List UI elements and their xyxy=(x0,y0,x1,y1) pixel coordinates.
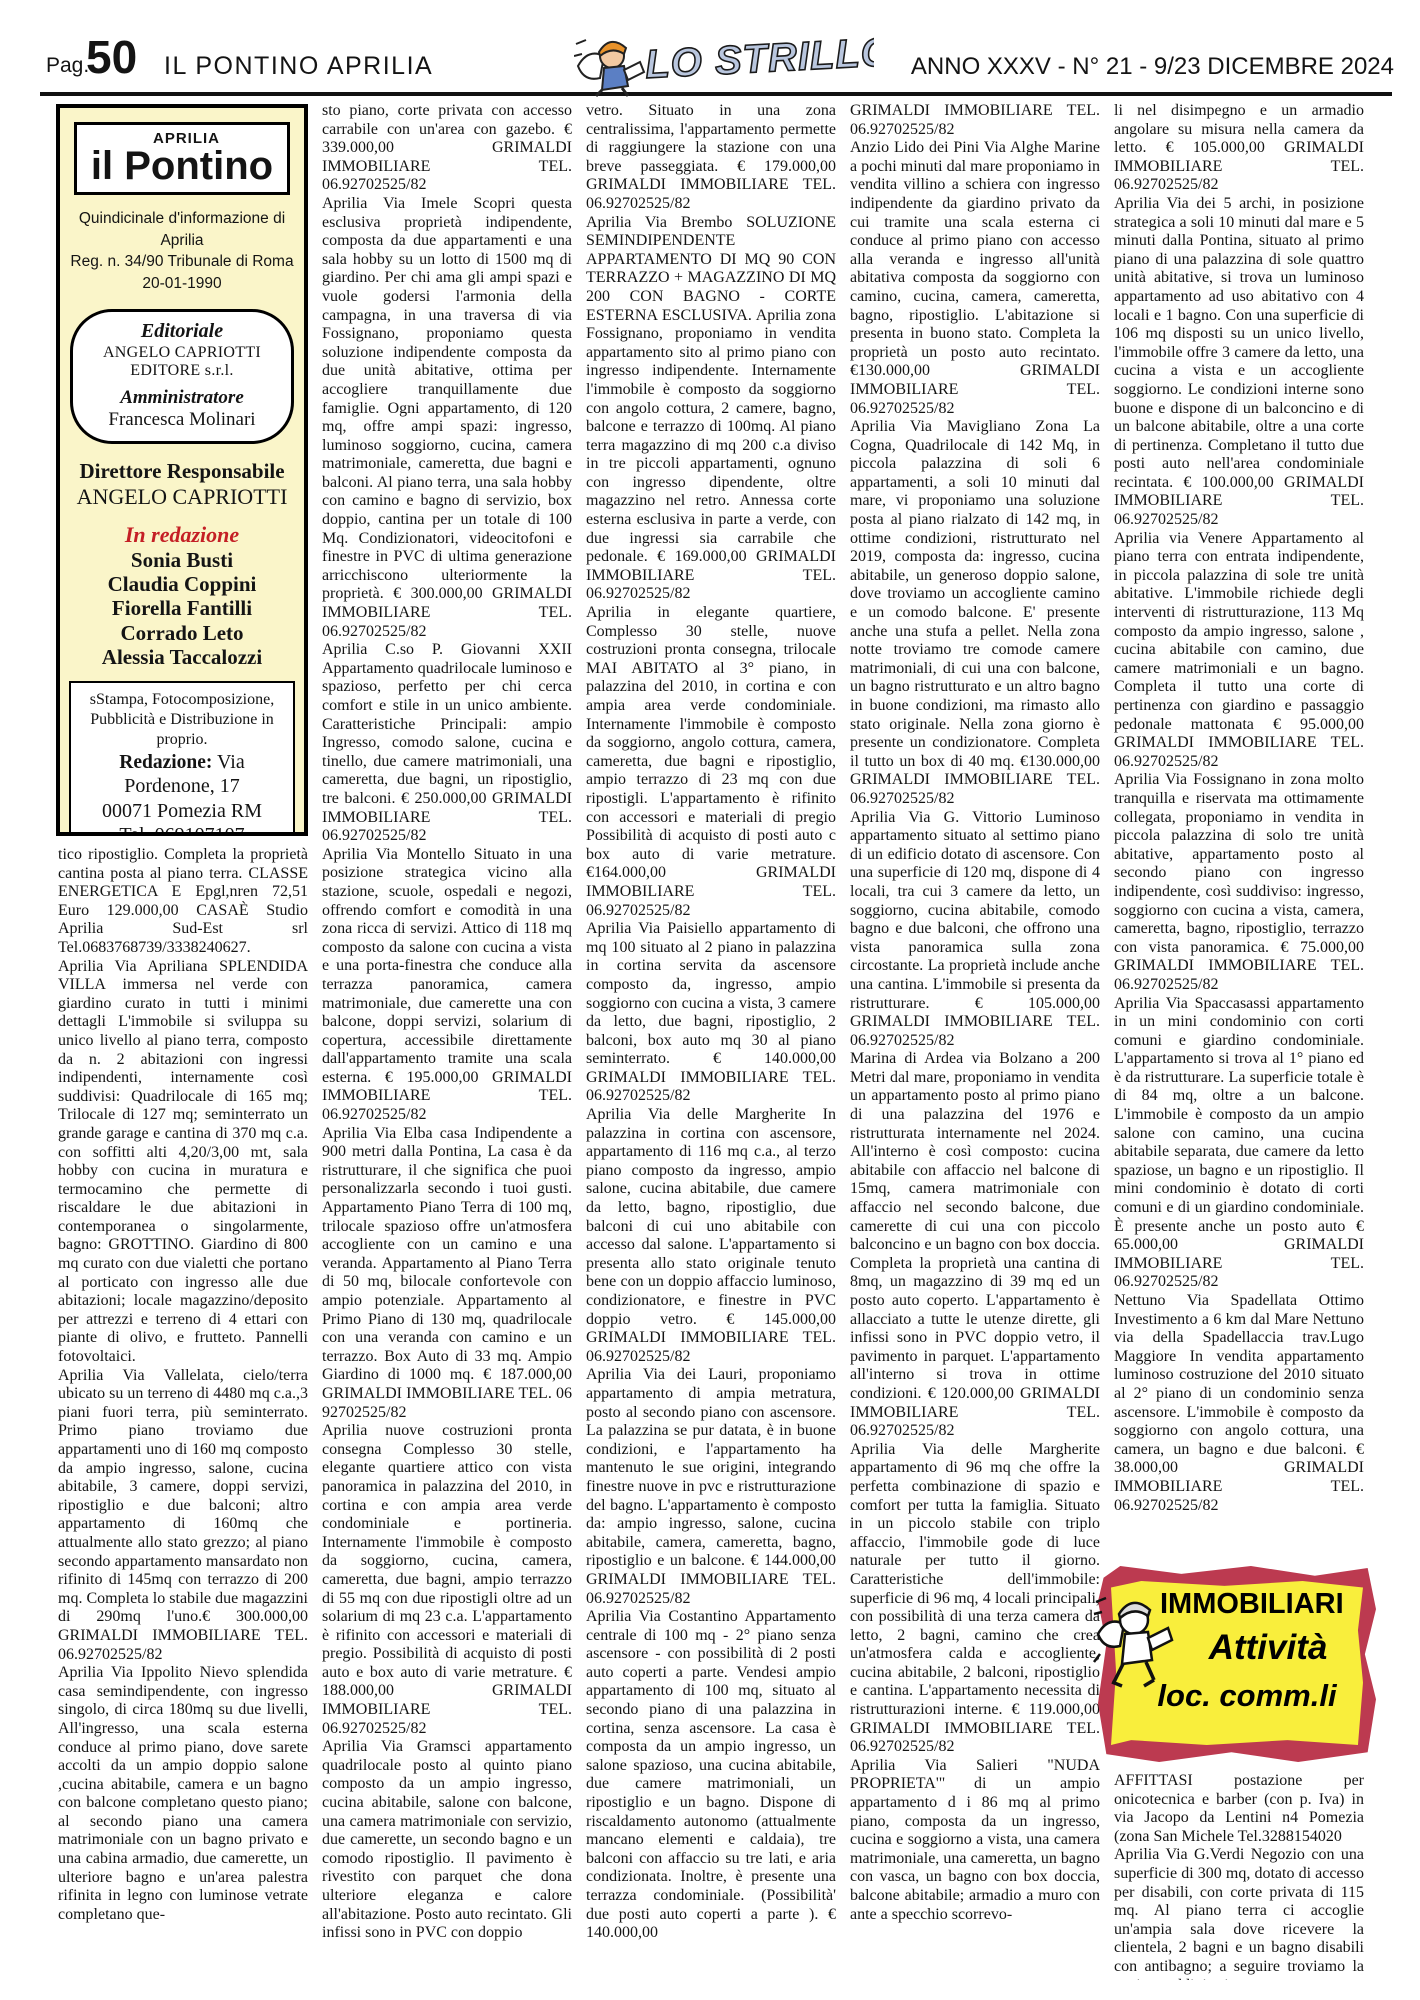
classified-ad: Aprilia C.so P. Giovanni XXII Appartamen… xyxy=(322,641,572,846)
classified-ad: GRIMALDI IMMOBILIARE TEL. 06.92702525/82 xyxy=(850,102,1100,139)
newsboy-icon xyxy=(574,40,644,96)
classified-ad: Aprilia Via Paisiello appartamento di mq… xyxy=(586,920,836,1106)
text-line: Corrado Leto xyxy=(60,621,304,645)
classified-ad: Aprilia Via Mavigliano Zona La Cogna, Qu… xyxy=(850,418,1100,808)
redazione-names: Sonia BustiClaudia CoppiniFiorella Fanti… xyxy=(60,548,304,670)
director-name: ANGELO CAPRIOTTI xyxy=(60,484,304,510)
director-label: Direttore Responsabile xyxy=(60,459,304,484)
classified-ad: Anzio Lido dei Pini Via Alghe Marine a p… xyxy=(850,139,1100,418)
text-line: 20-01-1990 xyxy=(60,273,304,295)
redaction-label: Redazione: xyxy=(119,752,212,773)
classified-ad: sto piano, corte privata con accesso car… xyxy=(322,102,572,195)
editorial-label: Editoriale xyxy=(75,320,289,343)
page-number: 50 xyxy=(86,30,137,84)
newspaper-name: IL PONTINO APRILIA xyxy=(164,52,433,81)
phone: Tel. 069107107 xyxy=(73,823,291,836)
lo-strillone-logo: LO STRILLONE xyxy=(574,26,874,98)
classified-ad: Aprilia nuove costruzioni pronta consegn… xyxy=(322,1422,572,1738)
classifieds-column-1: tico ripostiglio. Completa la proprietà … xyxy=(58,846,308,1976)
masthead-subtitle: Quindicinale d'informazione di ApriliaRe… xyxy=(60,208,304,295)
classified-ad: Aprilia Via delle Margherite appartament… xyxy=(850,1441,1100,1757)
redaction-address: Redazione: Via Pordenone, 17 xyxy=(73,750,291,799)
editorial-name: ANGELO CAPRIOTTI EDITORE s.r.l. xyxy=(75,344,289,380)
classified-ad: Aprilia Via delle Margherite In palazzin… xyxy=(586,1106,836,1366)
redaction-city: 00071 Pomezia RM xyxy=(73,799,291,823)
classified-ad: Aprilia Via Gramsci appartamento quadril… xyxy=(322,1738,572,1943)
masthead-box: APRILIA il Pontino Quindicinale d'inform… xyxy=(56,104,308,836)
logo-text: LO STRILLONE xyxy=(644,27,874,87)
masthead-title-box: APRILIA il Pontino xyxy=(74,122,290,195)
classified-ad: vetro. Situato in una zona centralissima… xyxy=(586,102,836,214)
classified-ad: Nettuno Via Spadellata Ottimo Investimen… xyxy=(1114,1292,1364,1515)
classified-ad: Aprilia in elegante quartiere, Complesso… xyxy=(586,604,836,920)
classifieds-column-5-top: li nel disimpegno e un armadio angolare … xyxy=(1114,102,1364,1562)
classified-ad: li nel disimpegno e un armadio angolare … xyxy=(1114,102,1364,195)
classified-ad: Marina di Ardea via Bolzano a 200 Metri … xyxy=(850,1050,1100,1440)
redazione-label: In redazione xyxy=(60,522,304,548)
text-line: Quindicinale d'informazione di Aprilia xyxy=(60,208,304,251)
page-label: Pag. xyxy=(46,54,89,78)
classified-ad: Aprilia via Venere Appartamento al piano… xyxy=(1114,530,1364,772)
classified-ad: Aprilia Via Vallelata, cielo/terra ubica… xyxy=(58,1367,308,1665)
text-line: Claudia Coppini xyxy=(60,572,304,596)
text-line: Alessia Taccalozzi xyxy=(60,645,304,669)
admin-label: Amministratore xyxy=(75,387,289,409)
classifieds-column-3: vetro. Situato in una zona centralissima… xyxy=(586,102,836,1980)
contact-box: sStampa, Fotocomposizione, Pubblicità e … xyxy=(69,681,295,836)
text-line: Reg. n. 34/90 Tribunale di Roma xyxy=(60,251,304,273)
classified-ad: AFFITTASI postazione per onicotecnica e … xyxy=(1114,1772,1364,1846)
promo-line-immobiliari: IMMOBILIARI xyxy=(1160,1588,1370,1621)
newspaper-page: Pag. 50 IL PONTINO APRILIA ANNO XXXV - N… xyxy=(0,0,1420,2000)
classified-ad: Aprilia Via Apriliana SPLENDIDA VILLA im… xyxy=(58,958,308,1367)
classified-ad: Aprilia Via dei 5 archi, in posizione st… xyxy=(1114,195,1364,530)
classified-ad: Aprilia Via Montello Situato in una posi… xyxy=(322,846,572,1125)
classified-ad: Aprilia Via G.Verdi Negozio con una supe… xyxy=(1114,1846,1364,1980)
classified-ad: Aprilia Via Brembo SOLUZIONE SEMINDIPEND… xyxy=(586,214,836,604)
classified-ad: Aprilia Via dei Lauri, proponiamo appart… xyxy=(586,1366,836,1608)
classified-ad: Aprilia Via Costantino Appartamento cent… xyxy=(586,1608,836,1943)
promo-box-immobiliari: IMMOBILIARI Attività loc. comm.li xyxy=(1098,1566,1376,1762)
masthead-title: il Pontino xyxy=(77,147,287,185)
classified-ad: tico ripostiglio. Completa la proprietà … xyxy=(58,846,308,958)
text-line: Sonia Busti xyxy=(60,548,304,572)
editorial-box: Editoriale ANGELO CAPRIOTTI EDITORE s.r.… xyxy=(70,309,294,444)
print-info: sStampa, Fotocomposizione, Pubblicità e … xyxy=(73,690,291,750)
classified-ad: Aprilia Via Fossignano in zona molto tra… xyxy=(1114,771,1364,994)
classified-ad: Aprilia Via Salieri "NUDA PROPRIETA'" di… xyxy=(850,1757,1100,1924)
promo-line-loc-commli: loc. comm.li xyxy=(1132,1678,1362,1714)
classified-ad: Aprilia Via Ippolito Nievo splendida cas… xyxy=(58,1664,308,1924)
classified-ad: Aprilia Via Imele Scopri questa esclusiv… xyxy=(322,195,572,641)
admin-name: Francesca Molinari xyxy=(75,409,289,431)
classifieds-column-2: sto piano, corte privata con accesso car… xyxy=(322,102,572,1980)
classifieds-column-4: GRIMALDI IMMOBILIARE TEL. 06.92702525/82… xyxy=(850,102,1100,1980)
classifieds-column-5-bottom: AFFITTASI postazione per onicotecnica e … xyxy=(1114,1772,1364,1980)
text-line: Fiorella Fantilli xyxy=(60,596,304,620)
issue-info: ANNO XXXV - N° 21 - 9/23 DICEMBRE 2024 xyxy=(911,53,1394,81)
classified-ad: Aprilia Via G. Vittorio Luminoso apparta… xyxy=(850,809,1100,1051)
promo-line-attivita: Attività xyxy=(1168,1628,1368,1668)
classified-ad: Aprilia Via Elba casa Indipendente a 900… xyxy=(322,1125,572,1423)
classified-ad: Aprilia Via Spaccasassi appartamento in … xyxy=(1114,995,1364,1293)
